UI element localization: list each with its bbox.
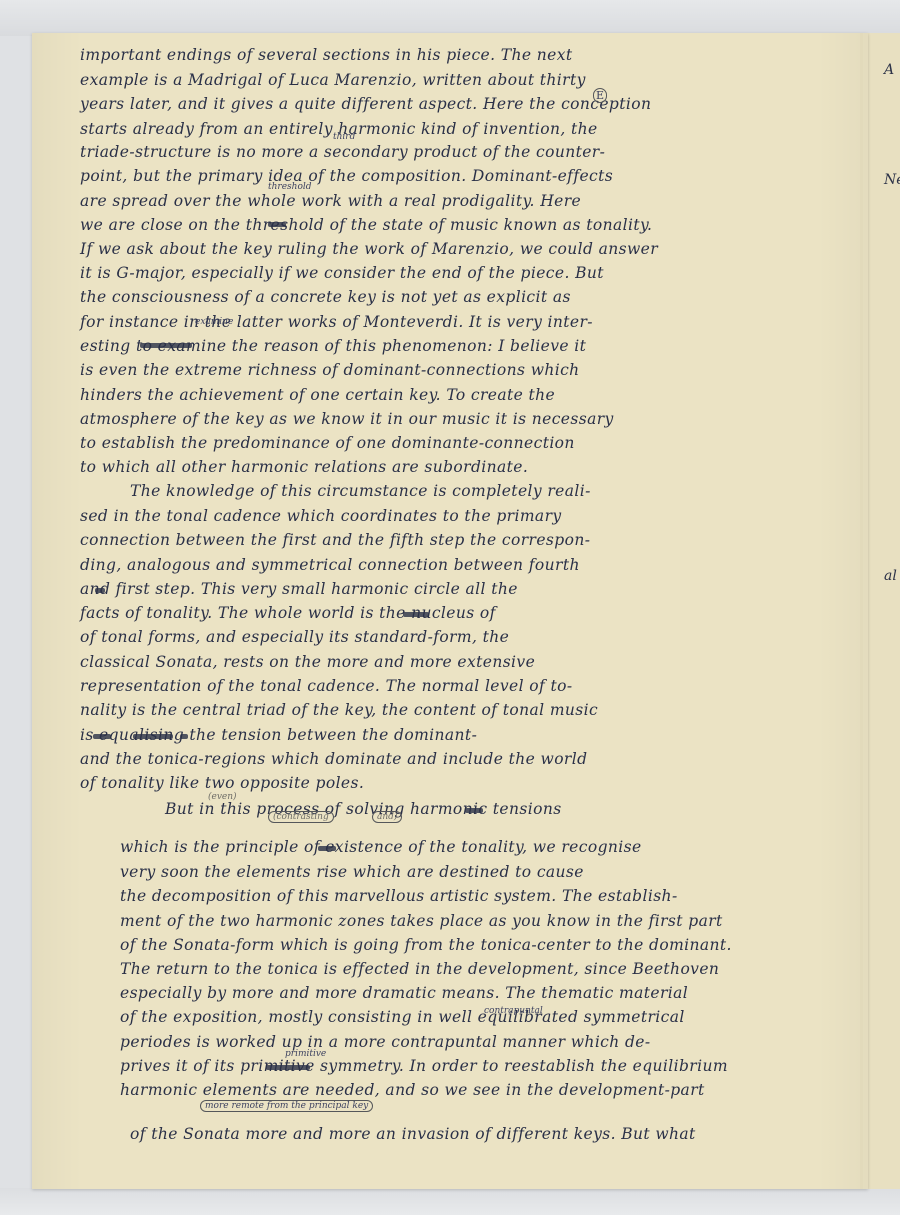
manuscript-line: of the Sonata more and more an invasion …	[130, 1125, 696, 1143]
adjacent-page-edge	[866, 33, 900, 1189]
ink-strikeout	[180, 734, 188, 739]
manuscript-line: The knowledge of this circumstance is co…	[130, 482, 591, 500]
manuscript-line: point, but the primary idea of the compo…	[80, 167, 613, 185]
adjacent-page-text: Ne	[884, 172, 900, 188]
interlinear-correction: more remote from the principal key	[200, 1100, 373, 1112]
manuscript-line: triade-structure is no more a secondary …	[80, 143, 605, 161]
manuscript-line: nality is the central triad of the key, …	[80, 701, 598, 719]
interlinear-correction: contrapuntal	[484, 1006, 543, 1016]
manuscript-line: But in this process of solving harmonic …	[165, 800, 562, 818]
interlinear-correction: (contrasting	[268, 811, 334, 823]
manuscript-line: of the exposition, mostly consisting in …	[120, 1008, 685, 1026]
interlinear-correction: and)	[372, 811, 402, 823]
ink-strikeout	[318, 846, 336, 851]
scanner-background-bottom	[0, 1188, 900, 1215]
interlinear-correction: examine	[195, 317, 233, 327]
manuscript-line: facts of tonality. The whole world is th…	[80, 604, 496, 622]
ink-strikeout	[140, 343, 192, 348]
ink-strikeout	[266, 1065, 310, 1070]
adjacent-page-text: al	[884, 568, 897, 584]
manuscript-line: representation of the tonal cadence. The…	[80, 677, 572, 695]
interlinear-correction: (even)	[208, 792, 237, 802]
manuscript-line: is even the extreme richness of dominant…	[80, 361, 580, 379]
manuscript-line: the decomposition of this marvellous art…	[120, 887, 678, 905]
manuscript-line: and the tonica-regions which dominate an…	[80, 750, 587, 768]
ink-strikeout	[133, 734, 173, 739]
manuscript-line: connection between the first and the fif…	[80, 531, 590, 549]
manuscript-line: harmonic elements are needed, and so we …	[120, 1081, 705, 1099]
manuscript-line: prives it of its primitive symmetry. In …	[120, 1057, 728, 1075]
manuscript-line: If we ask about the key ruling the work …	[80, 240, 658, 258]
adjacent-page-text: A	[884, 62, 894, 78]
manuscript-line: we are close on the threshold of the sta…	[80, 216, 652, 234]
manuscript-line: to establish the predominance of one dom…	[80, 434, 575, 452]
manuscript-line: which is the principle of existence of t…	[120, 838, 642, 856]
manuscript-line: ment of the two harmonic zones takes pla…	[120, 912, 723, 930]
manuscript-line: The return to the tonica is effected in …	[120, 960, 719, 978]
manuscript-page: important endings of several sections in…	[32, 33, 868, 1189]
manuscript-line: of tonality like two opposite poles.	[80, 774, 364, 792]
manuscript-line: to which all other harmonic relations ar…	[80, 458, 528, 476]
ink-strikeout	[403, 612, 429, 617]
manuscript-line: for instance in the latter works of Mont…	[80, 313, 593, 331]
ink-strikeout	[93, 734, 111, 739]
manuscript-line: important endings of several sections in…	[80, 46, 573, 64]
manuscript-line: and first step. This very small harmonic…	[80, 580, 518, 598]
interlinear-correction: third	[333, 132, 355, 142]
manuscript-line: the consciousness of a concrete key is n…	[80, 288, 571, 306]
manuscript-line: very soon the elements rise which are de…	[120, 863, 584, 881]
manuscript-line: example is a Madrigal of Luca Marenzio, …	[80, 71, 586, 89]
manuscript-line: hinders the achievement of one certain k…	[80, 386, 555, 404]
manuscript-line: atmosphere of the key as we know it in o…	[80, 410, 614, 428]
manuscript-line: it is G-major, especially if we consider…	[80, 264, 604, 282]
circled-mark: E	[593, 88, 607, 103]
interlinear-correction: threshold	[268, 182, 312, 192]
manuscript-line: especially by more and more dramatic mea…	[120, 984, 688, 1002]
manuscript-line: are spread over the whole work with a re…	[80, 192, 581, 210]
manuscript-line: of the Sonata-form which is going from t…	[120, 936, 732, 954]
manuscript-line: of tonal forms, and especially its stand…	[80, 628, 509, 646]
manuscript-line: sed in the tonal cadence which coordinat…	[80, 507, 562, 525]
ink-strikeout	[465, 808, 483, 813]
manuscript-line: periodes is worked up in a more contrapu…	[120, 1033, 651, 1051]
manuscript-line: classical Sonata, rests on the more and …	[80, 653, 535, 671]
page-fold-line	[860, 33, 863, 1189]
manuscript-line: ding, analogous and symmetrical connecti…	[80, 556, 580, 574]
ink-strikeout	[268, 222, 286, 227]
manuscript-line: years later, and it gives a quite differ…	[80, 95, 651, 113]
ink-strikeout	[95, 588, 105, 593]
interlinear-correction: primitive	[285, 1049, 326, 1059]
scanner-background-top	[0, 0, 900, 36]
